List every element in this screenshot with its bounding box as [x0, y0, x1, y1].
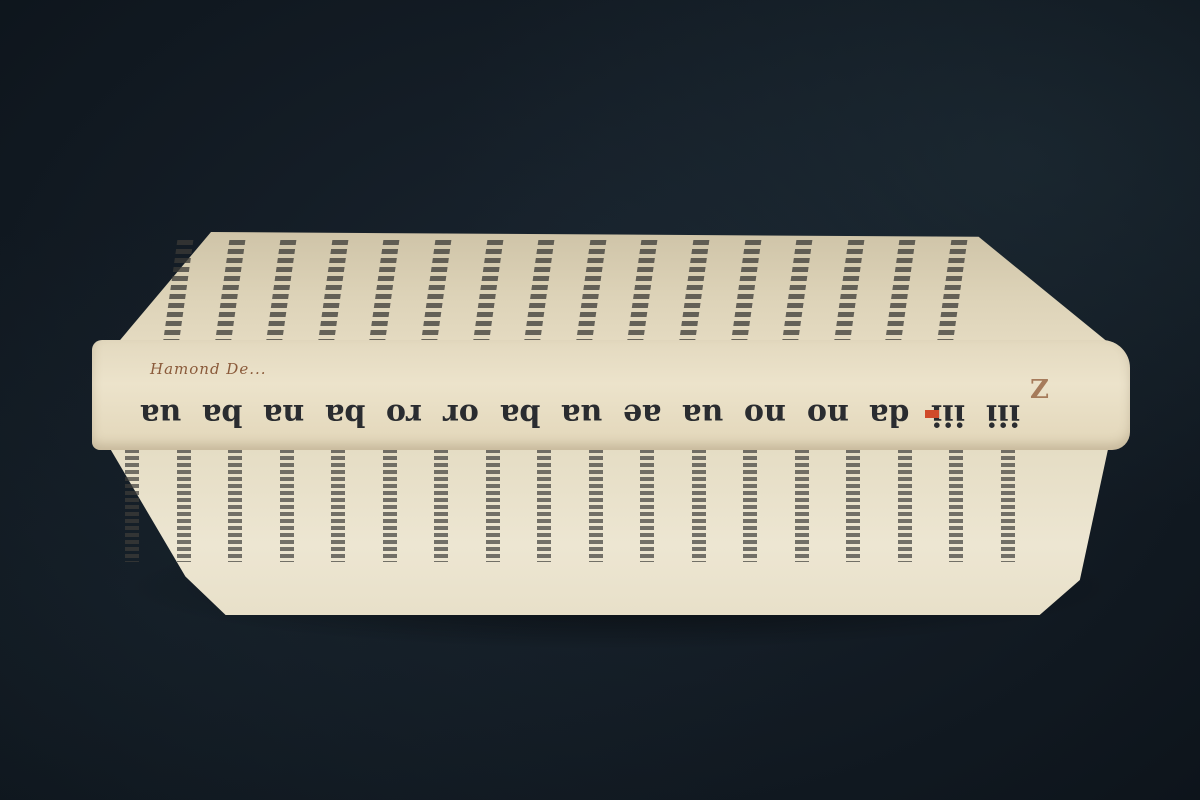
spine-letter: ae	[623, 399, 662, 429]
spine-letter: iii	[986, 399, 1020, 429]
spine-blackletter-row: ua ba na ba ro or ba ua ae ua no no da i…	[140, 392, 1020, 436]
red-rubric-mark	[925, 410, 939, 418]
fore-edge-text-lines	[125, 442, 1015, 562]
handwritten-inscription: Hamond De...	[150, 360, 267, 378]
spine-letter: da	[869, 399, 909, 429]
spine-letter: ua	[561, 399, 602, 429]
top-edge-text-lines	[163, 240, 968, 345]
spine-letter: ua	[682, 399, 723, 429]
spine-letter: ba	[202, 399, 242, 429]
spine-letter: ua	[140, 399, 181, 429]
spine-letter: ba	[500, 399, 540, 429]
spine-letter: no	[807, 399, 849, 429]
spine-letter: or	[443, 399, 479, 429]
spine-letter: ba	[325, 399, 365, 429]
spine-letter: no	[744, 399, 786, 429]
spine-letter: ro	[386, 399, 422, 429]
spine-letter: na	[263, 399, 304, 429]
corner-shelf-mark: Z	[1030, 375, 1049, 405]
photo-scene: Hamond De... ua ba na ba ro or ba ua ae …	[0, 0, 1200, 800]
